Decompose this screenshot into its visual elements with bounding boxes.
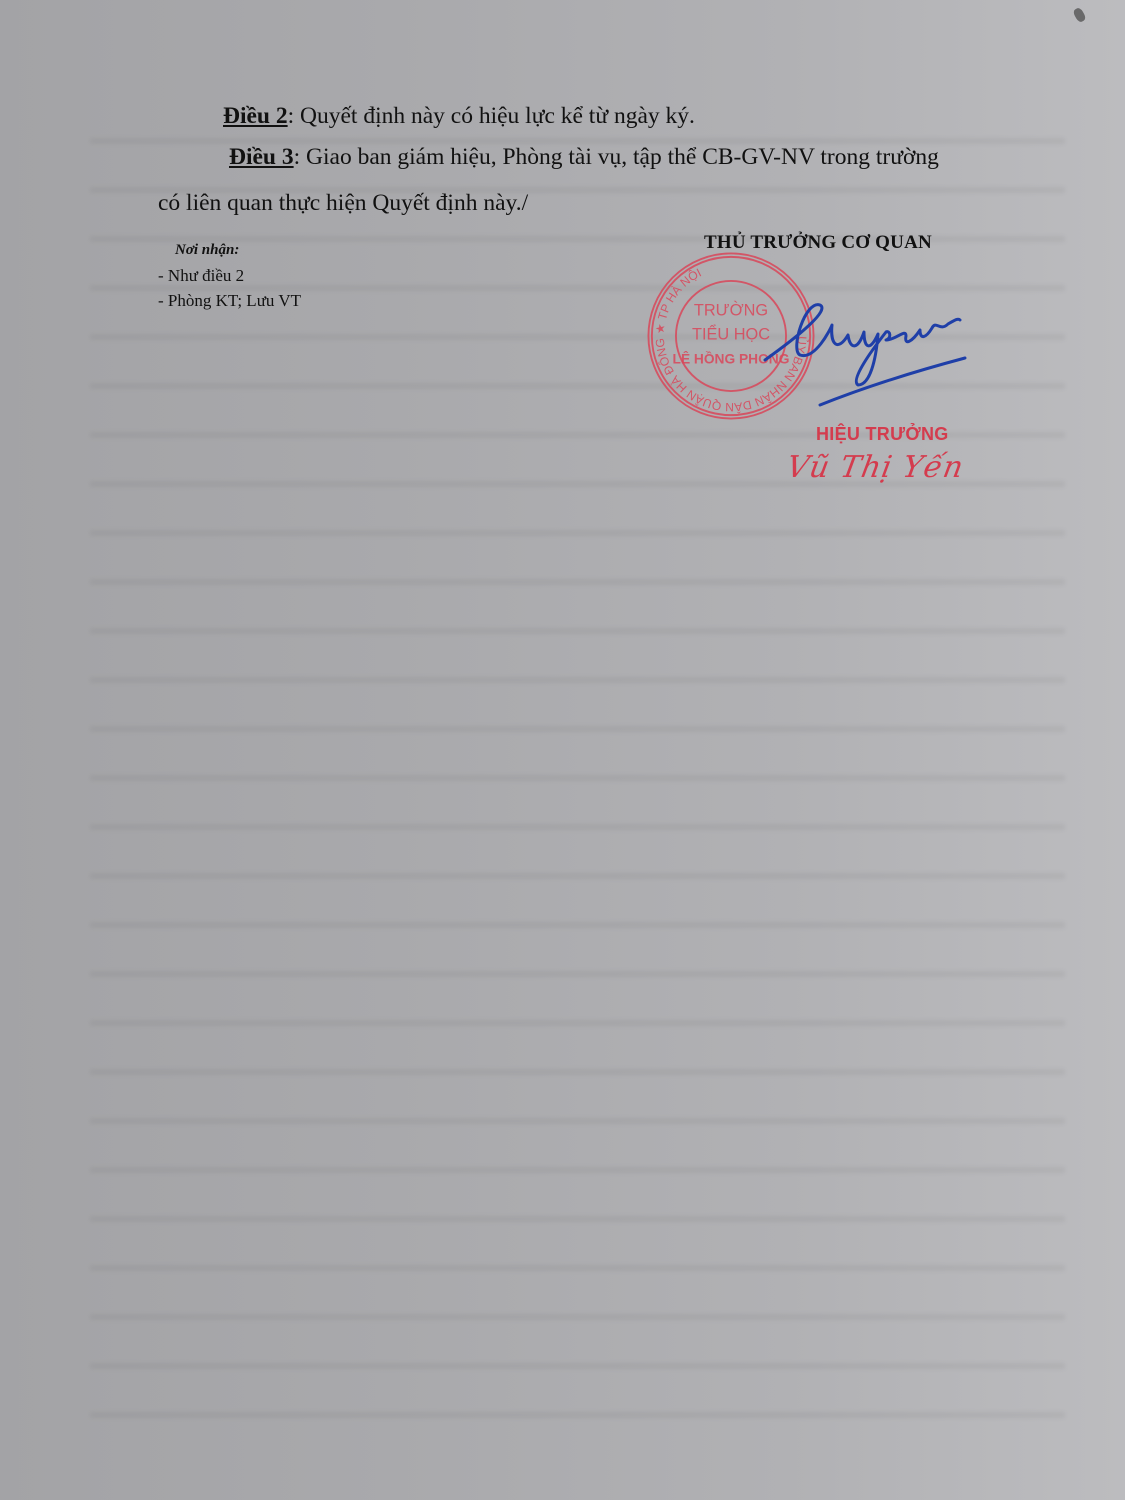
recipients-block: Nơi nhận: - Như điều 2 - Phòng KT; Lưu V… [158,238,301,313]
signer-name: Vũ Thị Yến [784,450,967,485]
stamp-center-line: TRƯỜNG [694,300,768,319]
paper-speck [1072,7,1087,24]
article-3-text: : Giao ban giám hiệu, Phòng tài vụ, tập … [294,144,939,170]
recipient-item: - Phòng KT; Lưu VT [158,288,301,313]
article-3: Điều 3: Giao ban giám hiệu, Phòng tài vụ… [229,144,939,171]
article-3-label: Điều 3 [229,144,294,170]
recipients-heading: Nơi nhận: [175,238,301,263]
signer-title: HIỆU TRƯỞNG [816,424,949,445]
document-page: Điều 2: Quyết định này có hiệu lực kể từ… [0,0,1125,1500]
article-2-label: Điều 2 [223,103,288,129]
article-2: Điều 2: Quyết định này có hiệu lực kể từ… [223,103,695,130]
recipient-item: - Như điều 2 [158,263,301,288]
article-2-text: : Quyết định này có hiệu lực kể từ ngày … [288,103,695,129]
handwritten-signature [760,290,975,410]
article-3-continuation: có liên quan thực hiện Quyết định này./ [158,190,528,217]
stamp-center-line: TIỂU HỌC [692,324,770,343]
